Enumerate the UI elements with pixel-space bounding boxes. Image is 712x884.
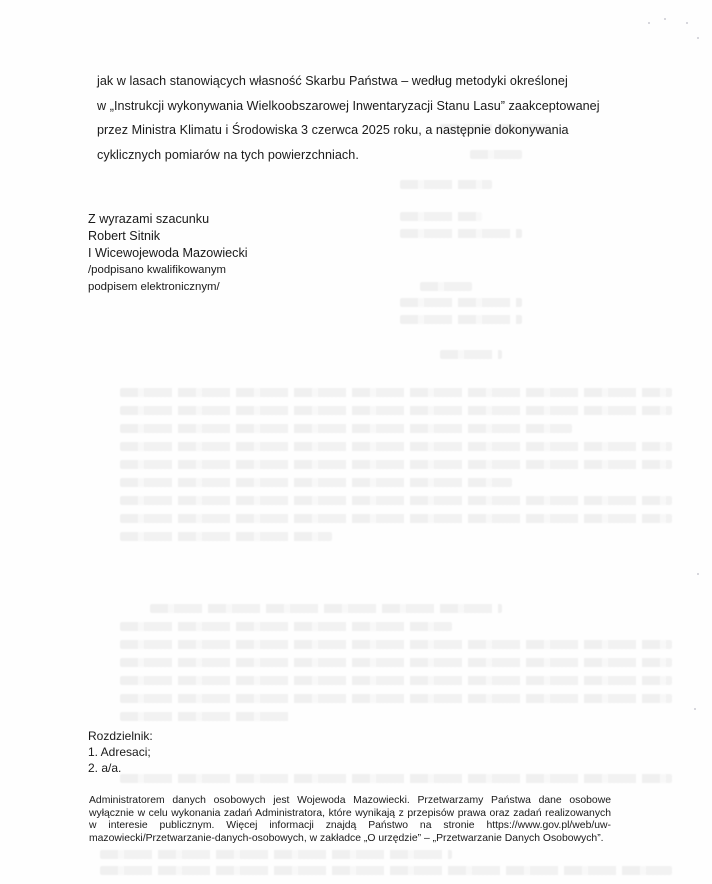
- gdpr-notice: Administratorem danych osobowych jest Wo…: [89, 795, 611, 845]
- distribution-item: 1. Adresaci;: [88, 744, 153, 760]
- body-line: przez Ministra Klimatu i Środowiska 3 cz…: [97, 118, 617, 143]
- distribution-heading: Rozdzielnik:: [88, 728, 153, 744]
- body-line: jak w lasach stanowiących własność Skarb…: [97, 69, 617, 94]
- scanned-letter-page: jak w lasach stanowiących własność Skarb…: [0, 0, 712, 884]
- closing-greeting: Z wyrazami szacunku: [88, 211, 248, 228]
- signatory-name: Robert Sitnik: [88, 228, 248, 245]
- body-line: w „Instrukcji wykonywania Wielkoobszarow…: [97, 94, 617, 119]
- signatory-title: I Wicewojewoda Mazowiecki: [88, 245, 248, 262]
- letter-body-paragraph: jak w lasach stanowiących własność Skarb…: [97, 69, 617, 167]
- distribution-item: 2. a/a.: [88, 760, 153, 776]
- signature-block: Z wyrazami szacunku Robert Sitnik I Wice…: [88, 211, 248, 296]
- signature-note: /podpisano kwalifikowanym: [88, 262, 248, 279]
- distribution-list: Rozdzielnik: 1. Adresaci; 2. a/a.: [88, 728, 153, 776]
- signature-note: podpisem elektronicznym/: [88, 279, 248, 296]
- body-line: cyklicznych pomiarów na tych powierzchni…: [97, 143, 617, 168]
